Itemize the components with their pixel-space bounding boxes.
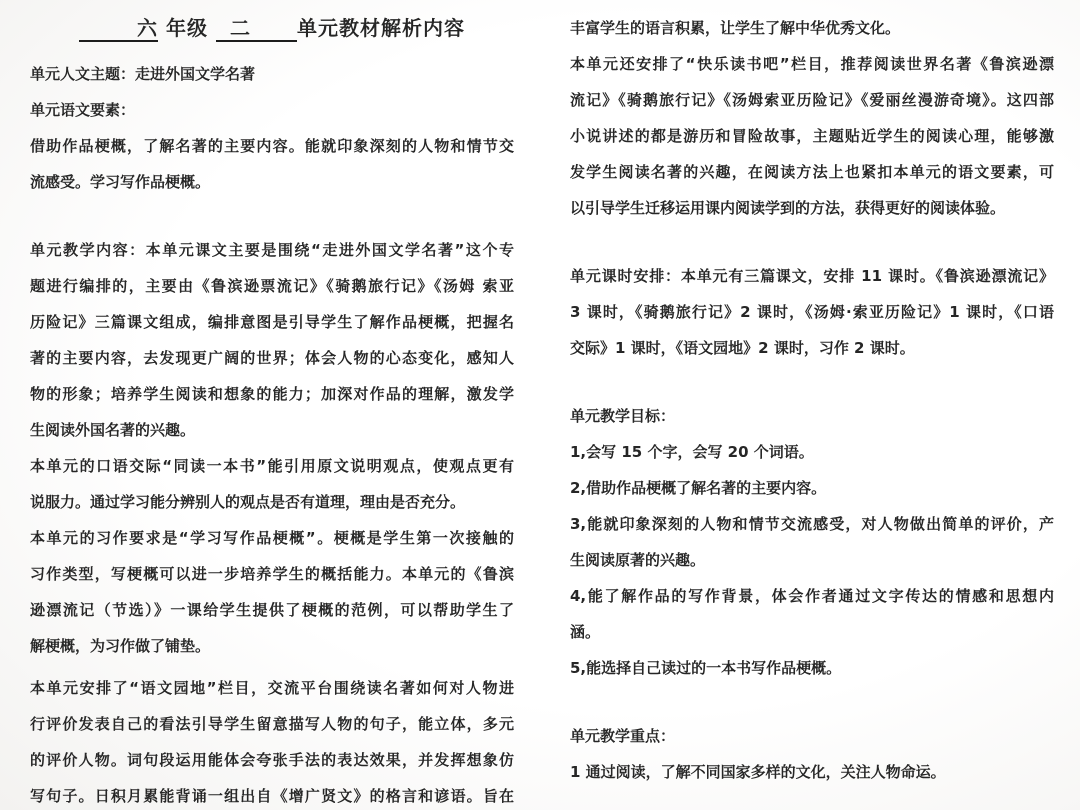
- title-unit: 二: [230, 16, 251, 40]
- text-line: 说服力。通过学习能分辨别人的观点是否有道理，理由是否充分。: [30, 484, 514, 520]
- text-line: 单元教学目标：: [570, 398, 1054, 434]
- text-line: 习作类型，写梗概可以进一步培养学生的概括能力。本单元的《鲁滨: [30, 556, 514, 592]
- scanned-document-page: 六年级二单元教材解析内容 单元人文主题：走进外国文学名著 单元语文要素： 借助作…: [0, 0, 1080, 810]
- text-line: 本单元的习作要求是“学习写作品梗概”。梗概是学生第一次接触的: [30, 520, 514, 556]
- text-line: 单元教学重点：: [570, 718, 1054, 754]
- title-grade: 六: [137, 16, 158, 40]
- paragraph: 借助作品梗概，了解名著的主要内容。能就印象深刻的人物和情节交 流感受。学习写作品…: [30, 128, 514, 200]
- paragraph: 单元语文要素：: [30, 92, 514, 128]
- text-line: 小说讲述的都是游历和冒险故事，主题贴近学生的阅读心理，能够激: [570, 118, 1054, 154]
- text-line: 解梗概，为习作做了铺垫。: [30, 628, 514, 664]
- paragraph: 1,会写 15 个字，会写 20 个词语。: [570, 434, 1054, 470]
- text-line: 借助作品梗概，了解名著的主要内容。能就印象深刻的人物和情节交: [30, 128, 514, 164]
- text-line: 流感受。学习写作品梗概。: [30, 164, 514, 200]
- text-line: 交际》1 课时，《语文园地》2 课时，习作 2 课时。: [570, 330, 1054, 366]
- text-line: 3,能就印象深刻的人物和情节交流感受，对人物做出简单的评价，产: [570, 506, 1054, 542]
- paragraph: 丰富学生的语言积累，让学生了解中华优秀文化。: [570, 10, 1054, 46]
- paragraph: 4,能了解作品的写作背景，体会作者通过文字传达的情感和思想内 涵。: [570, 578, 1054, 650]
- text-line: 4,能了解作品的写作背景，体会作者通过文字传达的情感和思想内: [570, 578, 1054, 614]
- text-line: 物的形象；培养学生阅读和想象的能力；加深对作品的理解，激发学: [30, 376, 514, 412]
- text-line: 写句子。日积月累能背诵一组出自《增广贤文》的格言和谚语。旨在: [30, 778, 514, 810]
- text-line: 行评价发表自己的看法引导学生留意描写人物的句子，能立体，多元: [30, 706, 514, 742]
- title-grade-label: 年级: [166, 16, 208, 40]
- text-line: 单元教学内容：本单元课文主要是围绕“走进外国文学名著”这个专: [30, 232, 514, 268]
- text-line: 单元人文主题：走进外国文学名著: [30, 56, 514, 92]
- paragraph: 本单元安排了“语文园地”栏目，交流平台围绕读名著如何对人物进 行评价发表自己的看…: [30, 670, 514, 810]
- title-blank-unit: 二: [216, 16, 297, 42]
- text-line: 发学生阅读名著的兴趣，在阅读方法上也紧扣本单元的语文要素，可: [570, 154, 1054, 190]
- paragraph: 单元课时安排：本单元有三篇课文，安排 11 课时。《鲁滨逊漂流记》 3 课时，《…: [570, 258, 1054, 366]
- title-blank-grade: 六: [79, 16, 158, 42]
- paragraph: 本单元还安排了“快乐读书吧”栏目，推荐阅读世界名著《鲁滨逊漂 流记》《骑鹅旅行记…: [570, 46, 1054, 226]
- text-line: 涵。: [570, 614, 1054, 650]
- text-line: 生阅读外国名著的兴趣。: [30, 412, 514, 448]
- paragraph: 单元人文主题：走进外国文学名著: [30, 56, 514, 92]
- text-line: 的评价人物。词句段运用能体会夸张手法的表达效果，并发挥想象仿: [30, 742, 514, 778]
- paragraph: 单元教学内容：本单元课文主要是围绕“走进外国文学名著”这个专 题进行编排的，主要…: [30, 232, 514, 448]
- text-line: 1,会写 15 个字，会写 20 个词语。: [570, 434, 1054, 470]
- text-line: 逊漂流记（节选）》一课给学生提供了梗概的范例，可以帮助学生了: [30, 592, 514, 628]
- text-line: 以引导学生迁移运用课内阅读学到的方法，获得更好的阅读体验。: [570, 190, 1054, 226]
- text-line: 单元课时安排：本单元有三篇课文，安排 11 课时。《鲁滨逊漂流记》: [570, 258, 1054, 294]
- text-line: 历险记》三篇课文组成，编排意图是引导学生了解作品梗概，把握名: [30, 304, 514, 340]
- text-line: 单元语文要素：: [30, 92, 514, 128]
- text-line: 本单元安排了“语文园地”栏目，交流平台围绕读名著如何对人物进: [30, 670, 514, 706]
- title-text: 单元教材解析内容: [297, 16, 465, 40]
- left-column: 六年级二单元教材解析内容 单元人文主题：走进外国文学名著 单元语文要素： 借助作…: [30, 8, 514, 810]
- paragraph: 5,能选择自己读过的一本书写作品梗概。: [570, 650, 1054, 686]
- text-line: 生阅读原著的兴趣。: [570, 542, 1054, 578]
- text-line: 流记》《骑鹅旅行记》《汤姆索亚历险记》《爱丽丝漫游奇境》。这四部: [570, 82, 1054, 118]
- right-column: 丰富学生的语言积累，让学生了解中华优秀文化。 本单元还安排了“快乐读书吧”栏目，…: [570, 8, 1054, 810]
- text-line: 丰富学生的语言积累，让学生了解中华优秀文化。: [570, 10, 1054, 46]
- paragraph: 单元教学重点：: [570, 718, 1054, 754]
- text-line: 3 课时，《骑鹅旅行记》2 课时，《汤姆·索亚历险记》1 课时，《口语: [570, 294, 1054, 330]
- paragraph: 2,借助作品梗概了解名著的主要内容。: [570, 470, 1054, 506]
- page-title: 六年级二单元教材解析内容: [30, 8, 514, 48]
- two-column-layout: 六年级二单元教材解析内容 单元人文主题：走进外国文学名著 单元语文要素： 借助作…: [0, 0, 1080, 810]
- text-line: 本单元的口语交际“同读一本书”能引用原文说明观点，使观点更有: [30, 448, 514, 484]
- paragraph: 本单元的习作要求是“学习写作品梗概”。梗概是学生第一次接触的 习作类型，写梗概可…: [30, 520, 514, 664]
- paragraph: 3,能就印象深刻的人物和情节交流感受，对人物做出简单的评价，产 生阅读原著的兴趣…: [570, 506, 1054, 578]
- text-line: 本单元还安排了“快乐读书吧”栏目，推荐阅读世界名著《鲁滨逊漂: [570, 46, 1054, 82]
- text-line: 著的主要内容，去发现更广阔的世界；体会人物的心态变化，感知人: [30, 340, 514, 376]
- paragraph: 本单元的口语交际“同读一本书”能引用原文说明观点，使观点更有 说服力。通过学习能…: [30, 448, 514, 520]
- paragraph: 单元教学目标：: [570, 398, 1054, 434]
- text-line: 题进行编排的，主要由《鲁滨逊票流记》《骑鹅旅行记》《汤姆 索亚: [30, 268, 514, 304]
- text-line: 2,借助作品梗概了解名著的主要内容。: [570, 470, 1054, 506]
- text-line: 5,能选择自己读过的一本书写作品梗概。: [570, 650, 1054, 686]
- paragraph: 1 通过阅读，了解不同国家多样的文化，关注人物命运。: [570, 754, 1054, 790]
- text-line: 1 通过阅读，了解不同国家多样的文化，关注人物命运。: [570, 754, 1054, 790]
